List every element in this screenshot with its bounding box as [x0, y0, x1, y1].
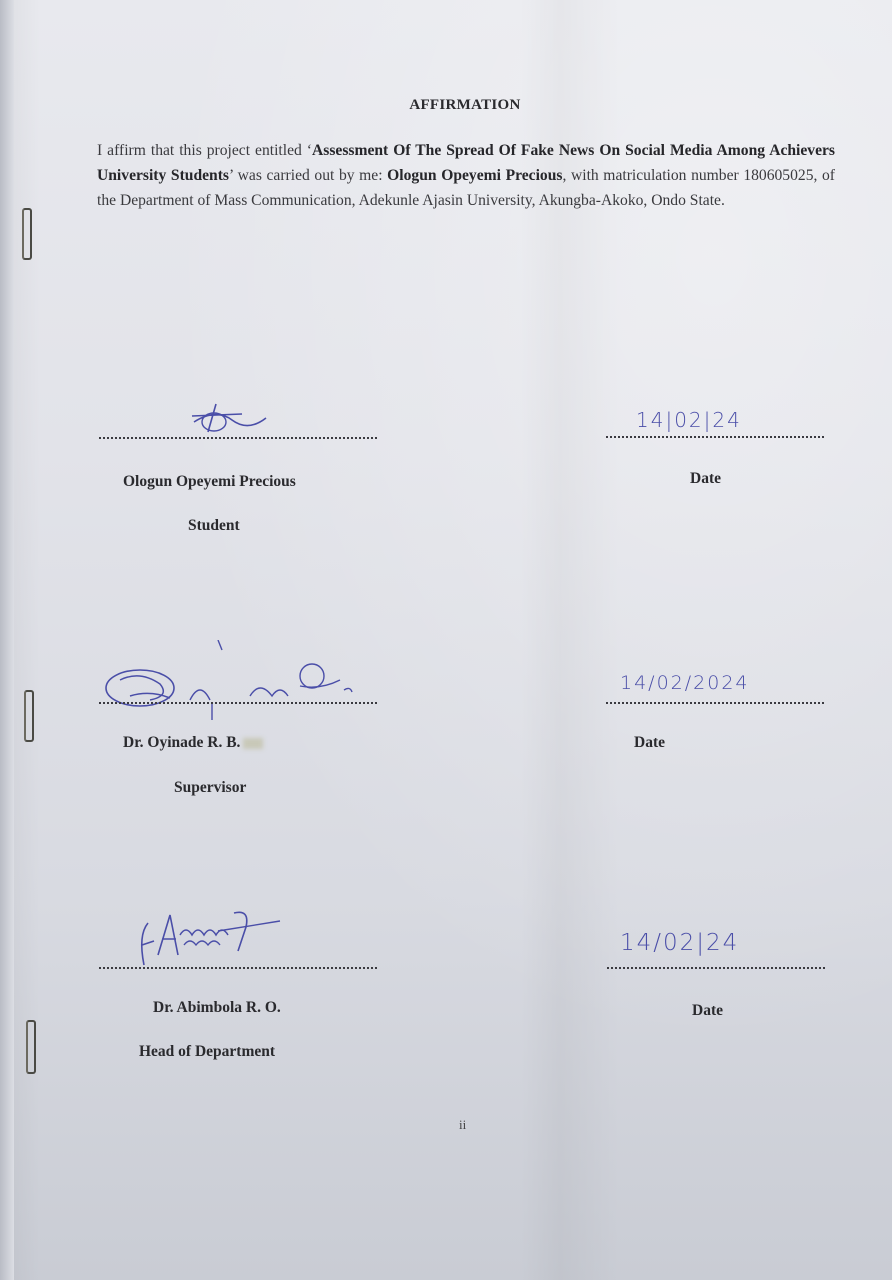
supervisor-date-label: Date: [634, 734, 665, 752]
student-date-handwritten: 14|02|24: [636, 408, 742, 432]
student-name: Ologun Opeyemi Precious: [123, 473, 296, 491]
student-date-line: [606, 436, 824, 438]
affirmation-paragraph: I affirm that this project entitled ‘Ass…: [97, 138, 835, 213]
student-date-label: Date: [690, 470, 721, 488]
student-signature-line: [99, 437, 377, 439]
student-name-inline: Ologun Opeyemi Precious: [387, 167, 562, 184]
staple-icon: [22, 208, 32, 260]
student-signature: [186, 400, 276, 440]
hod-date-label: Date: [692, 1002, 723, 1020]
hod-signature: [134, 905, 284, 975]
hod-name: Dr. Abimbola R. O.: [153, 999, 281, 1017]
page-title: AFFIRMATION: [0, 97, 892, 114]
affirmation-middle: ’ was carried out by me:: [229, 167, 387, 184]
supervisor-signature-line: [99, 702, 377, 704]
hod-date-handwritten: 14/02|24: [620, 930, 739, 956]
binding-edge: [0, 0, 14, 1280]
supervisor-role: Supervisor: [174, 779, 246, 797]
affirmation-prefix: I affirm that this project entitled ‘: [97, 142, 312, 159]
student-role: Student: [188, 517, 240, 535]
staple-icon: [24, 690, 34, 742]
supervisor-date-line: [606, 702, 824, 704]
hod-signature-line: [99, 967, 377, 969]
hod-date-line: [607, 967, 825, 969]
staple-icon: [26, 1020, 36, 1074]
page-number: ii: [459, 1117, 466, 1133]
supervisor-name: Dr. Oyinade R. B.: [123, 734, 263, 752]
hod-role: Head of Department: [139, 1043, 275, 1061]
supervisor-signature: [100, 640, 380, 720]
supervisor-name-text: Dr. Oyinade R. B.: [123, 734, 240, 751]
supervisor-date-handwritten: 14/02/2024: [620, 672, 750, 694]
redacted-mark: [243, 738, 263, 749]
